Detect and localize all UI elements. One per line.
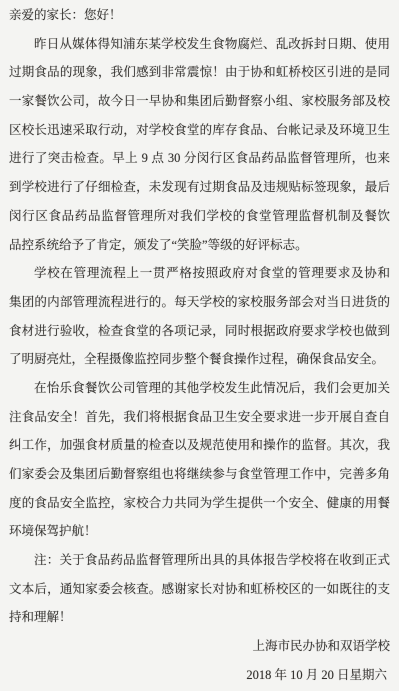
letter-line: 注：关于食品药品监督管理所出具的具体报告学校将在收到正式 <box>9 546 390 575</box>
letter-line: 纠工作，加强食材质量的检查以及规范使用和操作的监督。其次，我 <box>9 431 390 460</box>
letter-line: 闵行区食品药品监督管理所对我们学校的食堂管理监督机制及餐饮 <box>9 202 390 231</box>
letter-photo: { "colors": { "paper_background": "#f4f4… <box>0 0 399 691</box>
letter-line: 度的食品安全监控，家校合力共同为学生提供一个安全、健康的用餐 <box>9 489 390 518</box>
letter-line: 过期食品的现象，我们感到非常震惊！由于协和虹桥校区引进的是同 <box>9 58 390 87</box>
letter-body: 亲爱的家长：您好！ 昨日从媒体得知浦东某学校发生食物腐烂、乱改拆封日期、使用过期… <box>0 0 399 691</box>
signature-date: 2018 年 10 月 20 日星期六 <box>9 661 390 690</box>
letter-line: 品控系统给予了肯定，颁发了“笑脸”等级的好评标志。 <box>9 231 390 260</box>
letter-line: 进行了突击检查。早上 9 点 30 分闵行区食品药品监督管理所，也来 <box>9 144 390 173</box>
letter-line: 在怡乐食餐饮公司管理的其他学校发生此情况后，我们会更加关 <box>9 374 390 403</box>
letter-line: 们家委会及集团后勤督察组也将继续参与食堂管理工作中，完善多角 <box>9 460 390 489</box>
letter-line: 食材进行验收，检查食堂的各项记录，同时根据政府要求学校也做到 <box>9 317 390 346</box>
letter-line: 昨日从媒体得知浦东某学校发生食物腐烂、乱改拆封日期、使用 <box>9 30 390 59</box>
letter-paragraphs: 昨日从媒体得知浦东某学校发生食物腐烂、乱改拆封日期、使用过期食品的现象，我们感到… <box>9 30 390 632</box>
letter-line: 了明厨亮灶，全程摄像监控同步整个餐食操作过程，确保食品安全。 <box>9 345 390 374</box>
letter-line: 区校长迅速采取行动，对学校食堂的库存食品、台帐记录及环境卫生 <box>9 116 390 145</box>
letter-line: 到学校进行了仔细检查，未发现有过期食品及违规贴标签现象，最后 <box>9 173 390 202</box>
letter-salutation: 亲爱的家长：您好！ <box>9 1 390 30</box>
letter-line: 注食品安全！首先，我们将根据食品卫生安全要求进一步开展自查自 <box>9 403 390 432</box>
letter-line: 集团的内部管理流程进行的。每天学校的家校服务部会对当日进货的 <box>9 288 390 317</box>
signature-school-name: 上海市民办协和双语学校 <box>9 632 390 661</box>
letter-line: 文本后，通知家委会核查。感谢家长对协和虹桥校区的一如既往的支 <box>9 575 390 604</box>
letter-line: 一家餐饮公司，故今日一早协和集团后勤督察小组、家校服务部及校 <box>9 87 390 116</box>
letter-line: 持和理解！ <box>9 603 390 632</box>
letter-line: 学校在管理流程上一贯严格按照政府对食堂的管理要求及协和 <box>9 259 390 288</box>
letter-line: 环境保驾护航！ <box>9 517 390 546</box>
